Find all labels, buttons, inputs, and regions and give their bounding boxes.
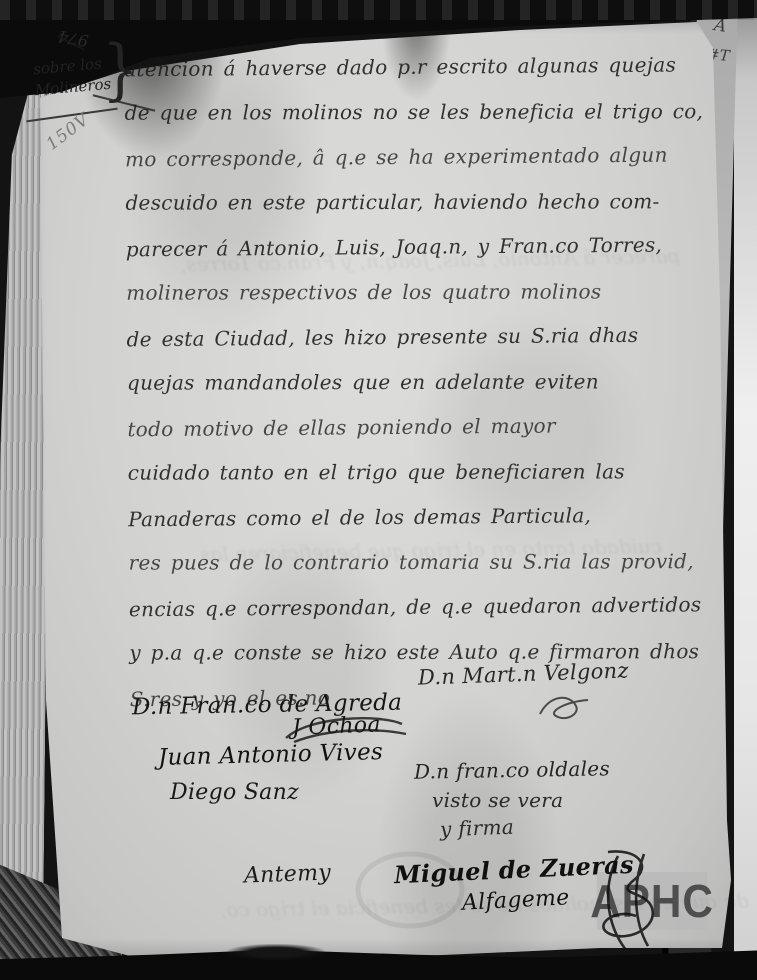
handwritten-line: atencion á haverse dado p.r escrito algu… — [124, 42, 654, 92]
handwritten-line: quejas mandandoles que en adelante evite… — [127, 358, 657, 404]
note-visto: visto se vera — [432, 790, 563, 810]
rubric-flourish — [548, 846, 668, 956]
margin-subject-note: sobre los Molineros — [32, 53, 112, 102]
handwritten-line: de que en los molinos no se les benefici… — [125, 88, 655, 134]
handwritten-line: de esta Ciudad, les hizo presente su S.r… — [126, 312, 656, 362]
body-text-block: atencion á haverse dado p.r escrito algu… — [124, 42, 660, 722]
signature-ante-mi: Antemy — [244, 862, 332, 887]
handwritten-line: mo corresponde, â q.e se ha experimentad… — [125, 132, 655, 182]
archive-photo: A #T APHC parecer á Antonio, Luis, Joaq.… — [0, 0, 757, 980]
rubric-flourish — [536, 692, 592, 724]
handwritten-line: res pues de lo contrario tomaria su S.ri… — [129, 538, 659, 584]
ink-layer: parecer á Antonio, Luis, Joaq.n, y Fran.… — [0, 0, 757, 980]
handwritten-line: Panaderas como el de los demas Particula… — [128, 492, 658, 542]
signature-sanz: Diego Sanz — [170, 782, 299, 804]
note-firma: y firma — [440, 817, 515, 840]
handwritten-line: encias q.e correspondan, de q.e quedaron… — [129, 582, 659, 632]
handwritten-line: parecer á Antonio, Luis, Joaq.n, y Fran.… — [126, 222, 656, 272]
handwritten-line: molineros respectivos de los quatro moli… — [126, 268, 656, 314]
handwritten-line: cuidado tanto en el trigo que beneficiar… — [128, 448, 658, 494]
signature-vives: Juan Antonio Vives — [158, 741, 384, 770]
handwritten-line: descuido en este particular, haviendo he… — [125, 178, 655, 224]
note-oldales: D.n fran.co oldales — [414, 758, 610, 781]
handwritten-line: todo motivo de ellas poniendo el mayor — [127, 402, 657, 452]
